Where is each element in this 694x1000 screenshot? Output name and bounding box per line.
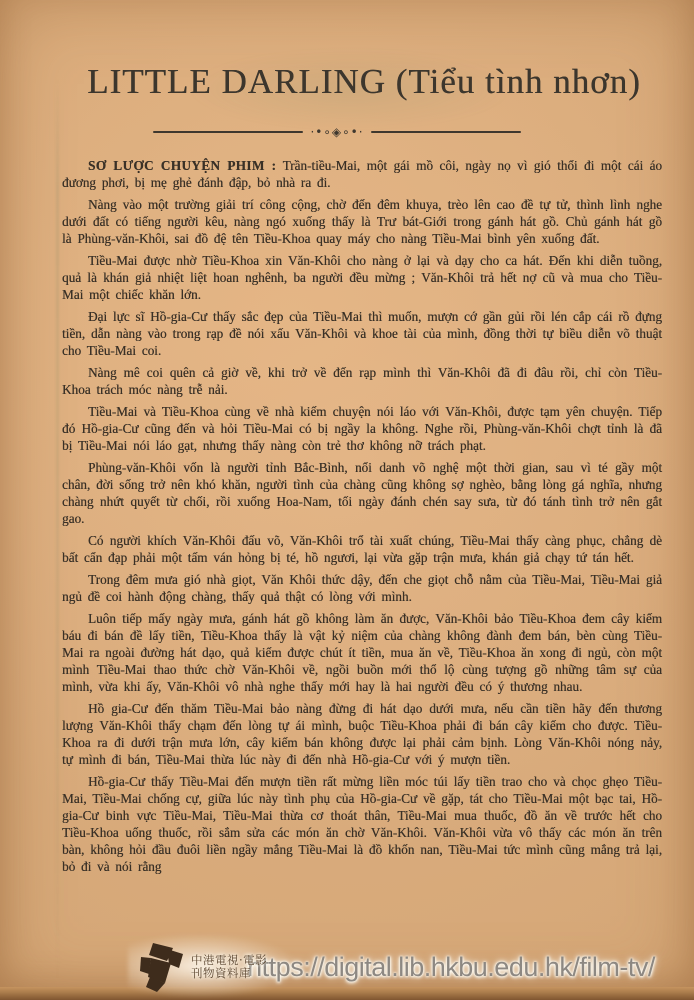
synopsis-paragraph: Hồ-gia-Cư thấy Tiều-Mai đến mượn tiền rấ… [62,773,662,875]
watermark-url: https://digital.lib.hkbu.edu.hk/film-tv/ [247,952,655,983]
synopsis-paragraph: Đại lực sĩ Hồ-gia-Cư thấy sắc đẹp của Ti… [62,308,662,359]
synopsis-paragraph: Tiều-Mai và Tiều-Khoa cùng về nhà kiếm c… [62,403,662,454]
divider-line-left [153,131,303,133]
synopsis-paragraph: Hồ gia-Cư đến thăm Tiều-Mai bảo nàng đừn… [62,700,662,768]
library-watermark: 中港電視·電影 刊物資料庫 https://digital.lib.hkbu.e… [140,938,655,996]
scanned-page: LITTLE DARLING (Tiểu tình nhơn) ·•∘◈∘•· … [0,0,694,1000]
synopsis-paragraph: Tiều-Mai được nhờ Tiều-Khoa xin Văn-Khôi… [62,252,662,303]
synopsis-paragraph: Nàng mê coi quên cả giờ về, khi trở về đ… [62,364,662,398]
synopsis-paragraph: SƠ LƯỢC CHUYỆN PHIM : Trần-tiều-Mai, một… [62,157,662,191]
synopsis-paragraph: Phùng-văn-Khôi vốn là người tỉnh Bắc-Bìn… [62,459,662,527]
synopsis-paragraph: Có người khích Văn-Khôi đấu võ, Văn-Khôi… [62,532,662,566]
synopsis-paragraph: Luôn tiếp mấy ngày mưa, gánh hát gồ khôn… [62,610,662,695]
watermark-chinese-text: 中港電視·電影 刊物資料庫 [191,954,267,981]
synopsis-label: SƠ LƯỢC CHUYỆN PHIM : [88,158,276,173]
watermark-chinese-line1: 中港電視·電影 [191,954,267,968]
diamond-ornament-icon: ·•∘◈∘•· [310,126,363,138]
synopsis-paragraph: Nàng vào một trường giải trí công cộng, … [62,196,662,247]
watermark-chinese-line2: 刊物資料庫 [191,967,267,981]
synopsis-paragraph: Trong đêm mưa gió nhà giọt, Văn Khôi thứ… [62,571,662,605]
ornament-divider: ·•∘◈∘•· [0,126,674,138]
page-crease [56,78,59,983]
divider-line-right [371,131,521,133]
page-title: LITTLE DARLING (Tiểu tình nhơn) [56,62,672,102]
synopsis-body: SƠ LƯỢC CHUYỆN PHIM : Trần-tiều-Mai, một… [62,157,662,880]
film-spotlight-logo-icon [140,941,186,993]
